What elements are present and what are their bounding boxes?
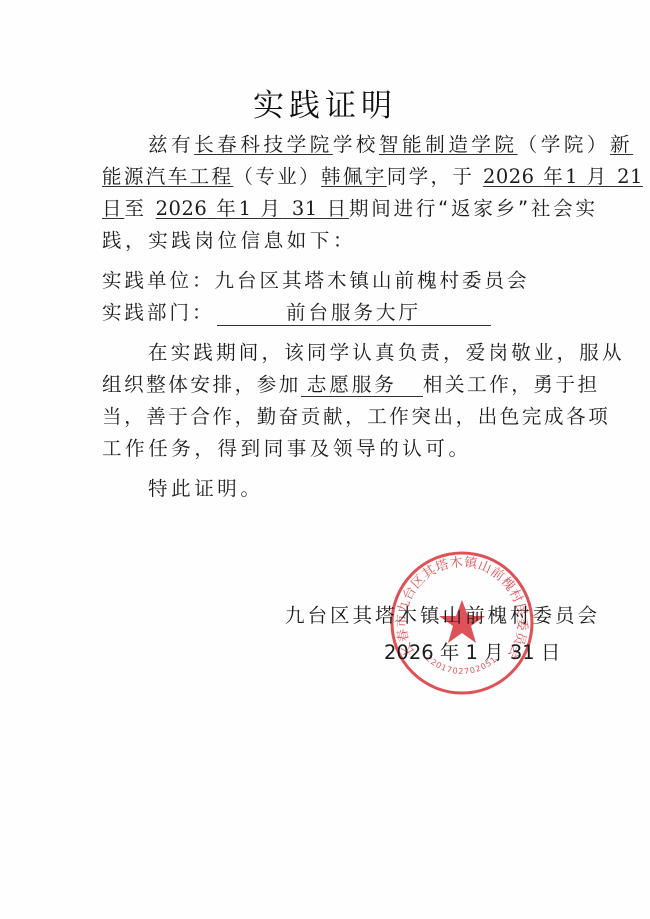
practice-department-row: 实践部门：前台服务大厅 — [102, 299, 491, 327]
paragraph2-line2: 组织整体安排，参加志愿服务相关工作，勇于担 — [102, 371, 600, 399]
major-name-part1: 新 — [610, 133, 633, 156]
activity-name: 志愿服务 — [301, 373, 423, 397]
to-text: 至 — [124, 197, 146, 220]
paragraph1-line1: 兹有长春科技学院学校智能制造学院（学院）新 — [148, 131, 633, 159]
year-label: 年 — [216, 197, 238, 220]
practice-department-label: 实践部门： — [102, 301, 215, 324]
practice-department-value: 前台服务大厅 — [217, 301, 491, 326]
paragraph2-line4: 工作任务，得到同事及领导的认可。 — [102, 435, 472, 463]
period-text: 期间进行“返家乡”社会实 — [349, 197, 598, 220]
major-name-part2: 能源汽车工程 — [102, 165, 233, 188]
paragraph1-line4: 践，实践岗位信息如下： — [102, 227, 356, 255]
paragraph2-line2-start: 组织整体安排，参加 — [102, 373, 301, 396]
college-suffix: （学院） — [518, 133, 610, 156]
document-page: 实践证明 兹有长春科技学院学校智能制造学院（学院）新 能源汽车工程（专业）韩佩宇… — [0, 0, 650, 919]
school-suffix: 学校 — [333, 133, 379, 156]
signature-date: 2026 年 1 月 31 日 — [384, 637, 560, 665]
year-label: 年 — [543, 165, 565, 188]
school-name: 长春科技学院 — [194, 133, 333, 156]
day-label: 日 — [327, 197, 349, 220]
paragraph2-line3: 当，善于合作，勤奋贡献，工作突出，出色完成各项 — [102, 403, 610, 431]
practice-unit-label: 实践单位： — [102, 269, 215, 292]
paragraph2-line1: 在实践期间，该同学认真负责，爱岗敬业，服从 — [148, 339, 625, 367]
end-year: 2026 — [156, 197, 208, 220]
start-day: 21 — [617, 165, 643, 188]
student-name: 韩佩宇 — [321, 165, 387, 188]
document-title: 实践证明 — [0, 80, 650, 125]
month-label: 月 — [587, 165, 609, 188]
intro-text: 兹有 — [148, 133, 194, 156]
major-suffix: （专业） — [233, 165, 321, 188]
start-year: 2026 — [483, 165, 535, 188]
month-label: 月 — [261, 197, 283, 220]
start-month: 1 — [565, 165, 578, 188]
paragraph2-line2-end: 相关工作，勇于担 — [423, 373, 600, 396]
practice-unit-value: 九台区其塔木镇山前槐村委员会 — [215, 269, 530, 292]
paragraph1-line3: 日至 2026 年1 月 31 日期间进行“返家乡”社会实 — [102, 195, 598, 223]
end-day: 31 — [292, 197, 318, 220]
paragraph1-line2: 能源汽车工程（专业）韩佩宇同学，于 2026 年1 月 21 — [102, 163, 643, 191]
student-suffix: 同学，于 — [387, 165, 475, 188]
signature-organization: 九台区其塔木镇山前槐村委员会 — [285, 600, 600, 628]
college-name: 智能制造学院 — [379, 133, 518, 156]
practice-unit-row: 实践单位：九台区其塔木镇山前槐村委员会 — [102, 267, 530, 295]
start-day-label: 日 — [102, 197, 124, 220]
end-month: 1 — [239, 197, 252, 220]
closing-text: 特此证明。 — [148, 475, 264, 503]
